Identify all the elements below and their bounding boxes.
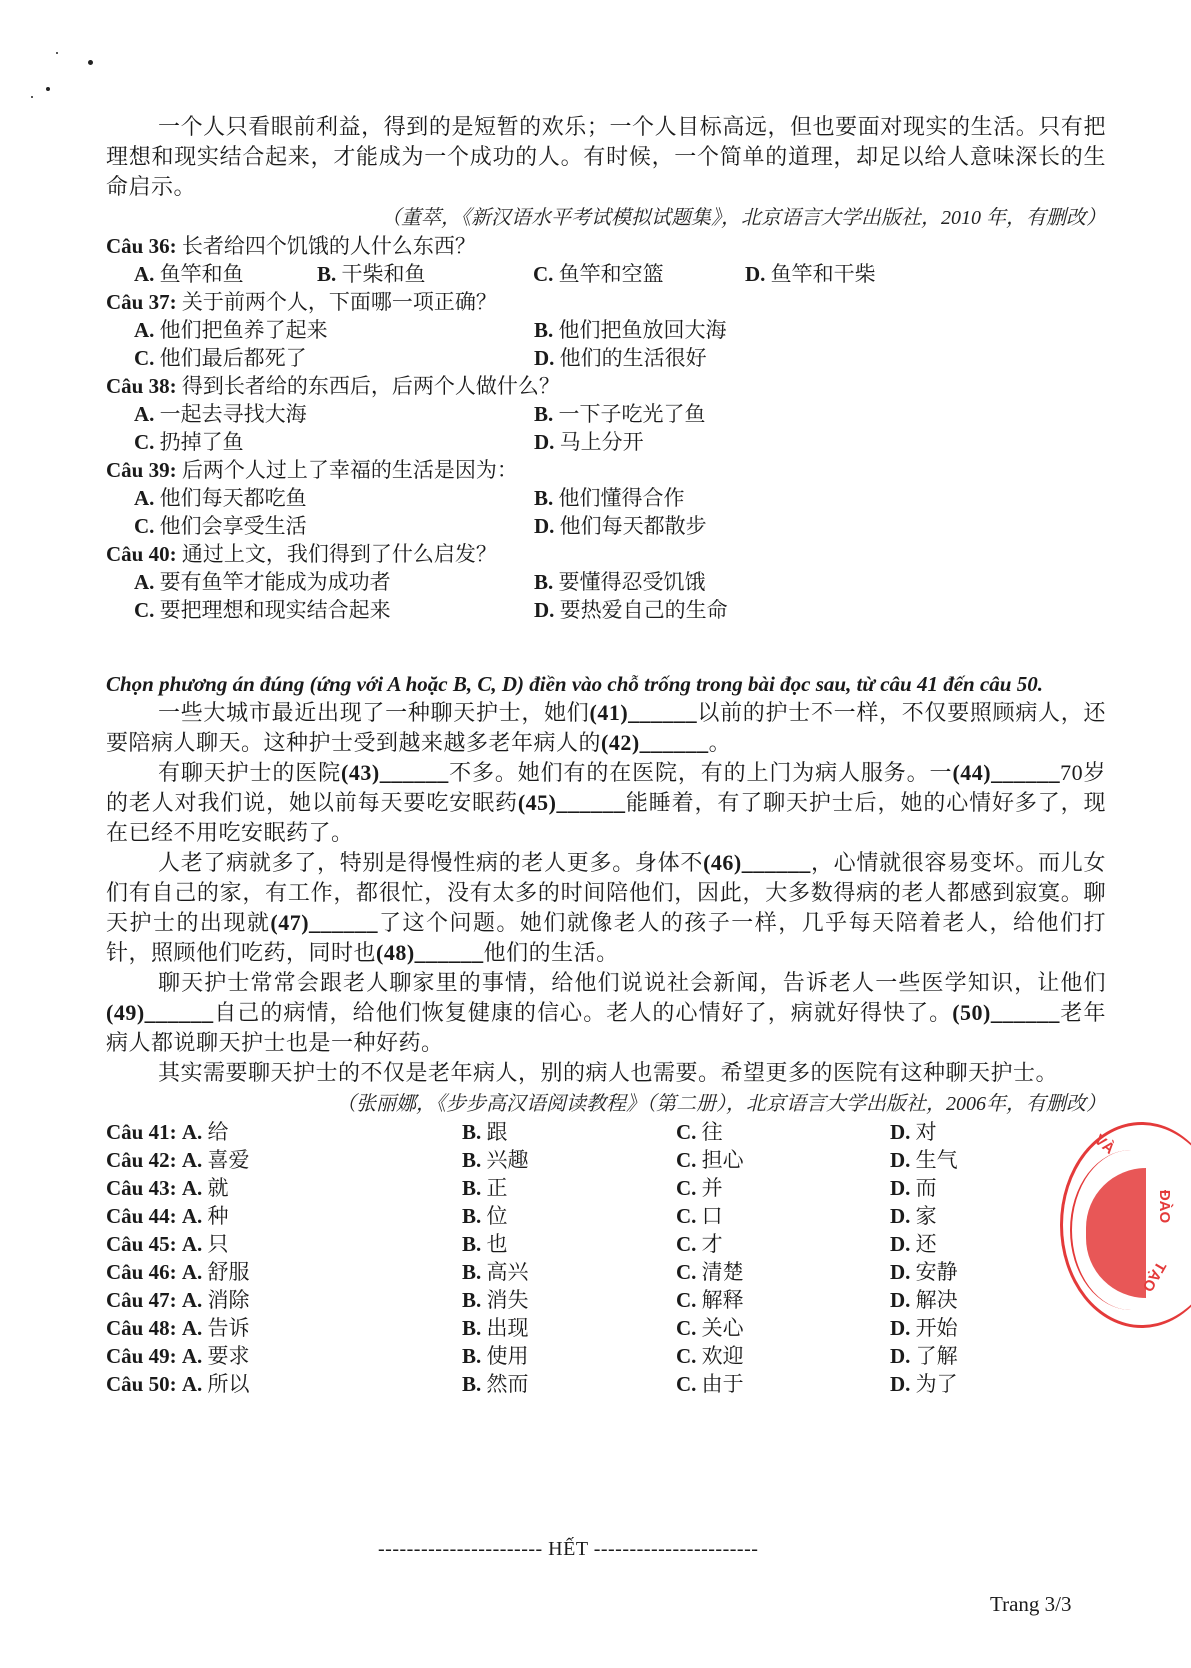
option-text: 生气 <box>916 1148 958 1172</box>
questions-36-40: Câu 36: 长者给四个饥饿的人什么东西？A. 鱼竿和鱼B. 干柴和鱼C. 鱼… <box>106 232 1106 624</box>
option-c[interactable]: C. 关心 <box>676 1314 890 1342</box>
option-text: 就 <box>208 1176 229 1200</box>
option-text: 家 <box>916 1204 937 1228</box>
blank-slot: (49)______ <box>106 1000 214 1025</box>
option-label: A. <box>134 570 154 594</box>
option-text: 关心 <box>702 1316 744 1340</box>
option-label: D. <box>534 346 554 370</box>
option-label: A. <box>182 1148 202 1172</box>
question-text: 得到长者给的东西后，后两个人做什么？ <box>182 374 560 398</box>
question-49: Câu 49: A. 要求B. 使用C. 欢迎D. 了解 <box>106 1342 1106 1370</box>
option-label: C. <box>676 1288 696 1312</box>
option-text: 他们每天都吃鱼 <box>160 486 307 510</box>
option-text: 他们的生活很好 <box>560 346 707 370</box>
question-43: Câu 43: A. 就B. 正C. 并D. 而 <box>106 1174 1106 1202</box>
question-number: Câu 45: <box>106 1232 177 1256</box>
options: A. 他们每天都吃鱼B. 他们懂得合作C. 他们会享受生活D. 他们每天都散步 <box>106 484 1106 540</box>
option-c[interactable]: C. 口 <box>676 1202 890 1230</box>
option-label: D. <box>745 262 765 286</box>
option-label: B. <box>462 1232 481 1256</box>
options: A. 要有鱼竿才能成为成功者B. 要懂得忍受饥饿C. 要把理想和现实结合起来D.… <box>106 568 1106 624</box>
option-label: C. <box>134 430 154 454</box>
question-41: Câu 41: A. 给B. 跟C. 往D. 对 <box>106 1118 1106 1146</box>
option-b[interactable]: B. 他们把鱼放回大海 <box>534 316 934 344</box>
question-text: 关于前两个人，下面哪一项正确？ <box>182 290 497 314</box>
option-c[interactable]: C. 担心 <box>676 1146 890 1174</box>
option-text: 鱼竿和鱼 <box>160 262 244 286</box>
option-text: 一起去寻找大海 <box>160 402 307 426</box>
option-b[interactable]: B. 一下子吃光了鱼 <box>534 400 934 428</box>
option-a[interactable]: Câu 46: A. 舒服 <box>106 1258 462 1286</box>
option-text: 出现 <box>487 1316 529 1340</box>
option-text: 所以 <box>208 1372 250 1396</box>
option-text: 喜爱 <box>208 1148 250 1172</box>
option-label: B. <box>462 1176 481 1200</box>
option-text: 正 <box>487 1176 508 1200</box>
option-b[interactable]: B. 要懂得忍受饥饿 <box>534 568 934 596</box>
option-label: D. <box>890 1204 910 1228</box>
question-number: Câu 38: <box>106 374 177 398</box>
question-number: Câu 41: <box>106 1120 177 1144</box>
option-label: B. <box>317 262 336 286</box>
option-text: 要求 <box>208 1344 250 1368</box>
option-label: C. <box>676 1260 696 1284</box>
text-segment: 聊天护士常常会跟老人聊家里的事情，给他们说说社会新闻，告诉老人一些医学知识，让他… <box>158 970 1106 995</box>
option-text: 要把理想和现实结合起来 <box>160 598 391 622</box>
blank-slot: (44)______ <box>952 760 1060 785</box>
option-label: D. <box>534 514 554 538</box>
option-label: B. <box>534 402 553 426</box>
option-d[interactable]: D. 鱼竿和干柴 <box>745 260 988 288</box>
option-text: 要热爱自己的生命 <box>560 598 728 622</box>
option-text: 解释 <box>702 1288 744 1312</box>
option-a[interactable]: Câu 41: A. 给 <box>106 1118 462 1146</box>
option-text: 他们把鱼养了起来 <box>160 318 328 342</box>
passage-2-paragraph-2: 有聊天护士的医院(43)______不多。她们有的在医院，有的上门为病人服务。一… <box>106 758 1106 848</box>
options: A. 鱼竿和鱼B. 干柴和鱼C. 鱼竿和空篮D. 鱼竿和干柴 <box>106 260 1106 288</box>
option-d[interactable]: D. 而 <box>890 1174 937 1202</box>
option-c[interactable]: C. 往 <box>676 1118 890 1146</box>
option-label: D. <box>890 1232 910 1256</box>
option-text: 对 <box>916 1120 937 1144</box>
option-a[interactable]: A. 要有鱼竿才能成为成功者 <box>134 568 534 596</box>
option-label: C. <box>676 1232 696 1256</box>
option-b[interactable]: B. 出现 <box>462 1314 676 1342</box>
option-label: C. <box>676 1204 696 1228</box>
option-label: D. <box>534 430 554 454</box>
option-a[interactable]: A. 他们每天都吃鱼 <box>134 484 534 512</box>
option-c[interactable]: C. 并 <box>676 1174 890 1202</box>
passage-2-paragraph-1: 一些大城市最近出现了一种聊天护士，她们(41)______以前的护士不一样，不仅… <box>106 698 1106 758</box>
text-segment: 有聊天护士的医院 <box>158 760 341 785</box>
option-text: 高兴 <box>487 1260 529 1284</box>
option-text: 他们每天都散步 <box>560 514 707 538</box>
text-segment: 人老了病就多了，特别是得慢性病的老人更多。身体不 <box>158 850 703 875</box>
option-label: D. <box>890 1372 910 1396</box>
text-segment: 不多。她们有的在医院，有的上门为病人服务。一 <box>449 760 953 785</box>
option-text: 一下子吃光了鱼 <box>559 402 706 426</box>
question-number: Câu 50: <box>106 1372 177 1396</box>
scan-speck <box>31 96 33 98</box>
option-text: 位 <box>487 1204 508 1228</box>
option-c[interactable]: C. 扔掉了鱼 <box>134 428 534 456</box>
option-c[interactable]: C. 清楚 <box>676 1258 890 1286</box>
option-text: 为了 <box>916 1372 958 1396</box>
option-label: C. <box>134 598 154 622</box>
option-a[interactable]: Câu 45: A. 只 <box>106 1230 462 1258</box>
question-44: Câu 44: A. 种B. 位C. 口D. 家 <box>106 1202 1106 1230</box>
option-label: B. <box>462 1120 481 1144</box>
option-label: C. <box>676 1344 696 1368</box>
option-b[interactable]: B. 他们懂得合作 <box>534 484 934 512</box>
question-36: Câu 36: 长者给四个饥饿的人什么东西？ <box>106 232 1106 260</box>
question-37: Câu 37: 关于前两个人，下面哪一项正确？ <box>106 288 1106 316</box>
question-46: Câu 46: A. 舒服B. 高兴C. 清楚D. 安静 <box>106 1258 1106 1286</box>
option-d[interactable]: D. 生气 <box>890 1146 958 1174</box>
option-text: 告诉 <box>208 1316 250 1340</box>
option-label: C. <box>676 1176 696 1200</box>
option-label: B. <box>462 1288 481 1312</box>
scan-speck <box>88 60 93 65</box>
question-text: 后两个人过上了幸福的生活是因为： <box>182 458 518 482</box>
option-d[interactable]: D. 开始 <box>890 1314 958 1342</box>
question-number: Câu 37: <box>106 290 177 314</box>
option-c[interactable]: C. 才 <box>676 1230 890 1258</box>
option-a[interactable]: Câu 47: A. 消除 <box>106 1286 462 1314</box>
option-text: 欢迎 <box>702 1344 744 1368</box>
option-label: C. <box>676 1372 696 1396</box>
options: A. 他们把鱼养了起来B. 他们把鱼放回大海C. 他们最后都死了D. 他们的生活… <box>106 316 1106 372</box>
option-b[interactable]: B. 高兴 <box>462 1258 676 1286</box>
passage-2-citation: （张丽娜，《步步高汉语阅读教程》（第二册），北京语言大学出版社，2006年，有删… <box>106 1090 1106 1118</box>
option-text: 口 <box>702 1204 723 1228</box>
question-40: Câu 40: 通过上文，我们得到了什么启发？ <box>106 540 1106 568</box>
text-segment: 一些大城市最近出现了一种聊天护士，她们 <box>158 700 590 725</box>
option-a[interactable]: Câu 42: A. 喜爱 <box>106 1146 462 1174</box>
option-c[interactable]: C. 解释 <box>676 1286 890 1314</box>
option-text: 种 <box>208 1204 229 1228</box>
exam-page: 一个人只看眼前利益，得到的是短暂的欢乐；一个人目标高远，但也要面对现实的生活。只… <box>106 112 1106 1398</box>
option-label: A. <box>134 262 154 286</box>
option-text: 然而 <box>487 1372 529 1396</box>
option-label: A. <box>182 1372 202 1396</box>
option-text: 马上分开 <box>560 430 644 454</box>
option-label: D. <box>890 1316 910 1340</box>
question-45: Câu 45: A. 只B. 也C. 才D. 还 <box>106 1230 1106 1258</box>
question-text: 长者给四个饥饿的人什么东西？ <box>182 234 476 258</box>
option-label: B. <box>462 1316 481 1340</box>
option-b[interactable]: B. 消失 <box>462 1286 676 1314</box>
option-a[interactable]: Câu 48: A. 告诉 <box>106 1314 462 1342</box>
option-text: 解决 <box>916 1288 958 1312</box>
option-text: 兴趣 <box>487 1148 529 1172</box>
option-label: A. <box>134 318 154 342</box>
option-text: 清楚 <box>702 1260 744 1284</box>
option-c[interactable]: C. 他们最后都死了 <box>134 344 534 372</box>
option-label: B. <box>534 570 553 594</box>
option-text: 使用 <box>487 1344 529 1368</box>
text-segment: 他们的生活。 <box>484 940 619 965</box>
option-text: 而 <box>916 1176 937 1200</box>
blank-slot: (50)______ <box>952 1000 1060 1025</box>
scan-speck <box>56 52 58 54</box>
option-label: A. <box>134 402 154 426</box>
option-text: 要有鱼竿才能成为成功者 <box>160 570 391 594</box>
option-label: D. <box>890 1288 910 1312</box>
option-a[interactable]: Câu 49: A. 要求 <box>106 1342 462 1370</box>
question-50: Câu 50: A. 所以B. 然而C. 由于D. 为了 <box>106 1370 1106 1398</box>
option-b[interactable]: B. 跟 <box>462 1118 676 1146</box>
option-d[interactable]: D. 解决 <box>890 1286 958 1314</box>
text-segment: 。 <box>709 730 732 755</box>
scan-speck <box>46 87 50 91</box>
option-b[interactable]: B. 也 <box>462 1230 676 1258</box>
option-label: C. <box>676 1148 696 1172</box>
option-text: 往 <box>702 1120 723 1144</box>
option-b[interactable]: B. 然而 <box>462 1370 676 1398</box>
option-a[interactable]: A. 一起去寻找大海 <box>134 400 534 428</box>
option-b[interactable]: B. 兴趣 <box>462 1146 676 1174</box>
option-text: 由于 <box>702 1372 744 1396</box>
option-text: 要懂得忍受饥饿 <box>559 570 706 594</box>
option-label: D. <box>890 1344 910 1368</box>
option-b[interactable]: B. 干柴和鱼 <box>317 260 533 288</box>
option-label: C. <box>533 262 553 286</box>
option-text: 他们把鱼放回大海 <box>559 318 727 342</box>
option-d[interactable]: D. 了解 <box>890 1342 958 1370</box>
option-text: 担心 <box>702 1148 744 1172</box>
option-label: A. <box>182 1204 202 1228</box>
option-text: 才 <box>702 1232 723 1256</box>
option-text: 只 <box>208 1232 229 1256</box>
option-d[interactable]: D. 对 <box>890 1118 937 1146</box>
option-label: A. <box>182 1260 202 1284</box>
option-label: C. <box>134 514 154 538</box>
option-a[interactable]: Câu 43: A. 就 <box>106 1174 462 1202</box>
option-label: B. <box>462 1372 481 1396</box>
option-c[interactable]: C. 欢迎 <box>676 1342 890 1370</box>
blank-slot: (46)______ <box>703 850 811 875</box>
option-label: A. <box>182 1176 202 1200</box>
end-marker: ----------------------- HẾT ------------… <box>378 1538 758 1561</box>
option-b[interactable]: B. 位 <box>462 1202 676 1230</box>
option-label: D. <box>890 1148 910 1172</box>
option-c[interactable]: C. 由于 <box>676 1370 890 1398</box>
option-text: 他们懂得合作 <box>559 486 685 510</box>
option-d[interactable]: D. 要热爱自己的生命 <box>534 596 934 624</box>
option-b[interactable]: B. 正 <box>462 1174 676 1202</box>
option-text: 还 <box>916 1232 937 1256</box>
option-d[interactable]: D. 为了 <box>890 1370 958 1398</box>
option-text: 干柴和鱼 <box>342 262 426 286</box>
option-text: 扔掉了鱼 <box>160 430 244 454</box>
question-39: Câu 39: 后两个人过上了幸福的生活是因为： <box>106 456 1106 484</box>
option-text: 他们最后都死了 <box>160 346 307 370</box>
option-label: A. <box>182 1344 202 1368</box>
option-d[interactable]: D. 还 <box>890 1230 937 1258</box>
passage-2-paragraph-5: 其实需要聊天护士的不仅是老年病人，别的病人也需要。希望更多的医院有这种聊天护士。 <box>106 1058 1106 1088</box>
blank-slot: (43)______ <box>341 760 449 785</box>
passage-1-conclusion: 一个人只看眼前利益，得到的是短暂的欢乐；一个人目标高远，但也要面对现实的生活。只… <box>106 112 1106 202</box>
question-number: Câu 36: <box>106 234 177 258</box>
question-number: Câu 43: <box>106 1176 177 1200</box>
option-d[interactable]: D. 马上分开 <box>534 428 934 456</box>
option-text: 舒服 <box>208 1260 250 1284</box>
option-label: B. <box>462 1148 481 1172</box>
option-c[interactable]: C. 要把理想和现实结合起来 <box>134 596 534 624</box>
option-a[interactable]: A. 他们把鱼养了起来 <box>134 316 534 344</box>
option-d[interactable]: D. 安静 <box>890 1258 958 1286</box>
option-label: C. <box>134 346 154 370</box>
question-number: Câu 40: <box>106 542 177 566</box>
option-label: C. <box>676 1316 696 1340</box>
option-text: 鱼竿和空篮 <box>559 262 664 286</box>
options: A. 一起去寻找大海B. 一下子吃光了鱼C. 扔掉了鱼D. 马上分开 <box>106 400 1106 456</box>
option-label: B. <box>462 1204 481 1228</box>
question-number: Câu 48: <box>106 1316 177 1340</box>
option-text: 给 <box>208 1120 229 1144</box>
question-number: Câu 39: <box>106 458 177 482</box>
text-segment: 自己的病情，给他们恢复健康的信心。老人的心情好了，病就好得快了。 <box>214 1000 953 1025</box>
section-instruction: Chọn phương án đúng (ứng với A hoặc B, C… <box>106 670 1106 698</box>
option-label: A. <box>182 1288 202 1312</box>
option-text: 并 <box>702 1176 723 1200</box>
question-number: Câu 44: <box>106 1204 177 1228</box>
option-text: 开始 <box>916 1316 958 1340</box>
option-label: B. <box>534 486 553 510</box>
blank-slot: (45)______ <box>518 790 626 815</box>
blank-slot: (41)______ <box>590 700 698 725</box>
page-number: Trang 3/3 <box>990 1592 1072 1617</box>
option-text: 安静 <box>916 1260 958 1284</box>
option-text: 消除 <box>208 1288 250 1312</box>
option-b[interactable]: B. 使用 <box>462 1342 676 1370</box>
blank-slot: (42)______ <box>601 730 709 755</box>
option-text: 鱼竿和干柴 <box>771 262 876 286</box>
question-number: Câu 49: <box>106 1344 177 1368</box>
option-a[interactable]: Câu 50: A. 所以 <box>106 1370 462 1398</box>
blank-slot: (48)______ <box>376 940 484 965</box>
option-label: D. <box>890 1260 910 1284</box>
question-number: Câu 46: <box>106 1260 177 1284</box>
option-label: B. <box>534 318 553 342</box>
question-48: Câu 48: A. 告诉B. 出现C. 关心D. 开始 <box>106 1314 1106 1342</box>
option-label: B. <box>462 1260 481 1284</box>
question-47: Câu 47: A. 消除B. 消失C. 解释D. 解决 <box>106 1286 1106 1314</box>
question-42: Câu 42: A. 喜爱B. 兴趣C. 担心D. 生气 <box>106 1146 1106 1174</box>
option-text: 跟 <box>487 1120 508 1144</box>
option-label: A. <box>182 1120 202 1144</box>
question-38: Câu 38: 得到长者给的东西后，后两个人做什么？ <box>106 372 1106 400</box>
option-label: A. <box>134 486 154 510</box>
option-label: C. <box>676 1120 696 1144</box>
option-c[interactable]: C. 他们会享受生活 <box>134 512 534 540</box>
option-label: D. <box>534 598 554 622</box>
passage-2-paragraph-3: 人老了病就多了，特别是得慢性病的老人更多。身体不(46)______，心情就很容… <box>106 848 1106 968</box>
blank-slot: (47)______ <box>270 910 378 935</box>
option-d[interactable]: D. 他们每天都散步 <box>534 512 934 540</box>
stamp-text-2: ĐÀO <box>1156 1190 1173 1223</box>
question-number: Câu 42: <box>106 1148 177 1172</box>
option-c[interactable]: C. 鱼竿和空篮 <box>533 260 745 288</box>
option-text: 也 <box>487 1232 508 1256</box>
option-label: A. <box>182 1316 202 1340</box>
passage-1-citation: （董萃，《新汉语水平考试模拟试题集》，北京语言大学出版社，2010 年，有删改） <box>106 204 1106 232</box>
option-text: 了解 <box>916 1344 958 1368</box>
option-label: A. <box>182 1232 202 1256</box>
option-label: B. <box>462 1344 481 1368</box>
passage-2: 一些大城市最近出现了一种聊天护士，她们(41)______以前的护士不一样，不仅… <box>106 698 1106 1118</box>
question-number: Câu 47: <box>106 1288 177 1312</box>
option-text: 消失 <box>487 1288 529 1312</box>
option-a[interactable]: A. 鱼竿和鱼 <box>134 260 317 288</box>
option-label: D. <box>890 1176 910 1200</box>
option-text: 他们会享受生活 <box>160 514 307 538</box>
option-d[interactable]: D. 他们的生活很好 <box>534 344 934 372</box>
option-a[interactable]: Câu 44: A. 种 <box>106 1202 462 1230</box>
option-label: D. <box>890 1120 910 1144</box>
question-text: 通过上文，我们得到了什么启发？ <box>182 542 497 566</box>
option-d[interactable]: D. 家 <box>890 1202 937 1230</box>
questions-41-50: Câu 41: A. 给B. 跟C. 往D. 对Câu 42: A. 喜爱B. … <box>106 1118 1106 1398</box>
passage-2-paragraph-4: 聊天护士常常会跟老人聊家里的事情，给他们说说社会新闻，告诉老人一些医学知识，让他… <box>106 968 1106 1058</box>
